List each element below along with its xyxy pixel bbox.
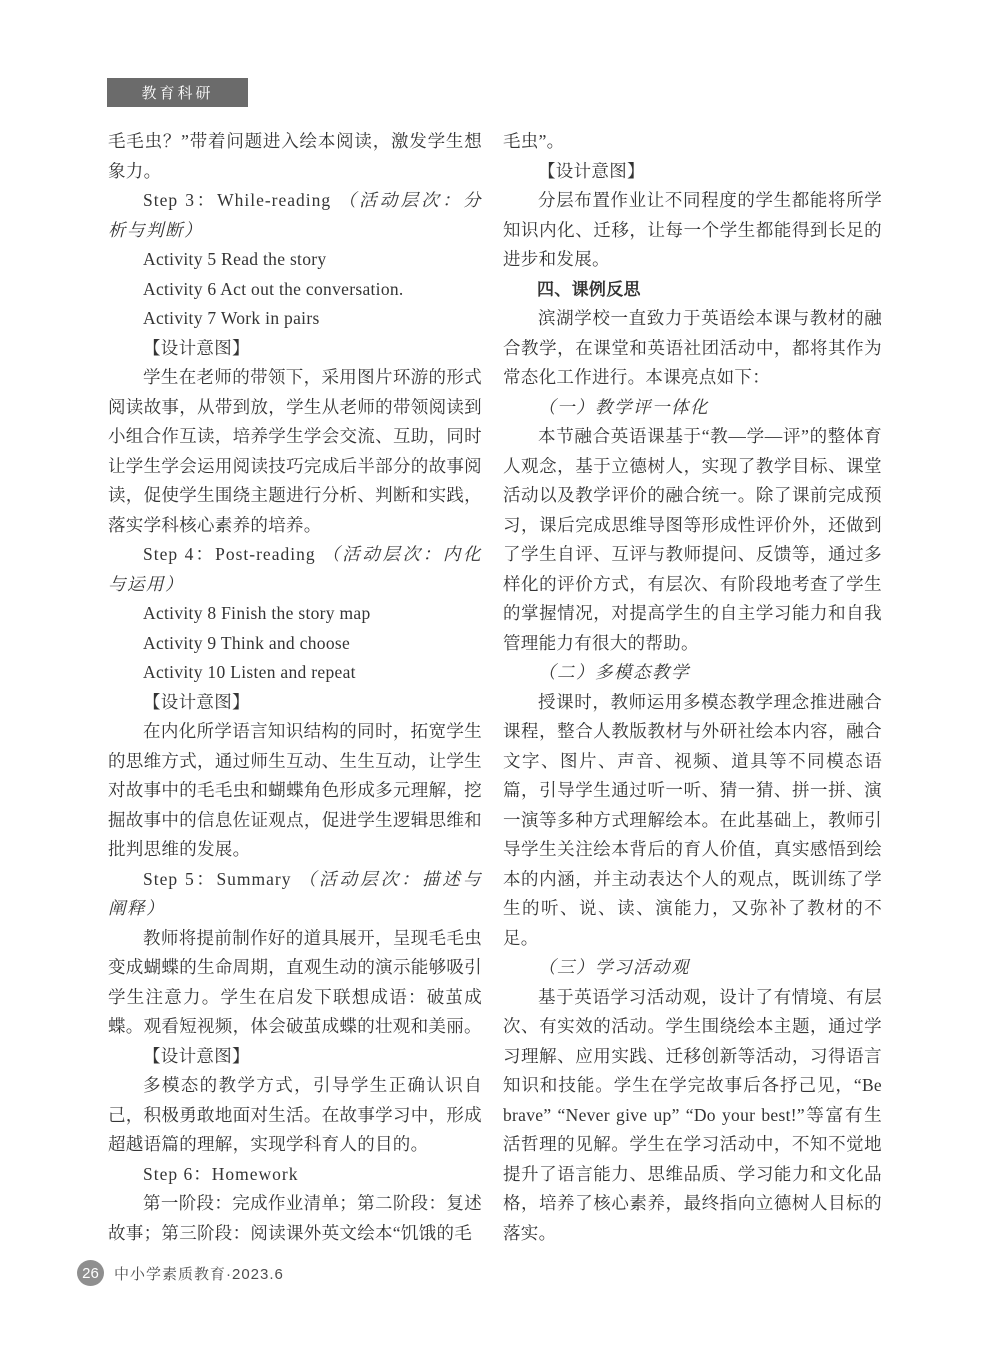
step-label: Step 5：Summary	[143, 869, 298, 889]
step-label: Step 4：Post-reading	[143, 544, 322, 564]
step-line: Step 4：Post-reading （活动层次：内化与运用）	[108, 540, 482, 599]
paragraph: 毛毛虫？”带着问题进入绘本阅读，激发学生想象力。	[108, 127, 482, 186]
step-line: Step 5：Summary （活动层次：描述与阐释）	[108, 865, 482, 924]
section-badge: 教育科研	[107, 78, 248, 107]
paragraph: 在内化所学语言知识结构的同时，拓宽学生的思维方式，通过师生互动、生生互动，让学生…	[108, 717, 482, 865]
activity-line: Activity 7 Work in pairs	[108, 304, 482, 334]
activity-line: Activity 6 Act out the conversation.	[108, 275, 482, 305]
paragraph: 教师将提前制作好的道具展开，呈现毛毛虫变成蝴蝶的生命周期，直观生动的演示能够吸引…	[108, 924, 482, 1042]
paragraph: 第一阶段：完成作业清单；第二阶段：复述故事；第三阶段：阅读课外英文绘本“饥饿的毛	[108, 1189, 482, 1248]
activity-line: Activity 10 Listen and repeat	[108, 658, 482, 688]
paragraph: 基于英语学习活动观，设计了有情境、有层次、有实效的活动。学生围绕绘本主题，通过学…	[503, 983, 882, 1249]
journal-title: 中小学素质教育·2023.6	[114, 1263, 284, 1284]
subsection-heading: （一）教学评一体化	[503, 393, 882, 423]
journal-page: 教育科研 毛毛虫？”带着问题进入绘本阅读，激发学生想象力。Step 3：Whil…	[0, 0, 992, 1346]
design-intent-label: 【设计意图】	[108, 334, 482, 364]
right-column: 毛虫”。【设计意图】分层布置作业让不同程度的学生都能将所学知识内化、迁移，让每一…	[503, 127, 882, 1248]
activity-line: Activity 9 Think and choose	[108, 629, 482, 659]
paragraph: 毛虫”。	[503, 127, 882, 157]
design-intent-label: 【设计意图】	[503, 157, 882, 187]
design-intent-label: 【设计意图】	[108, 688, 482, 718]
step-label: Step 3：While-reading	[143, 190, 338, 210]
paragraph: 滨湖学校一直致力于英语绘本课与教材的融合教学，在课堂和英语社团活动中，都将其作为…	[503, 304, 882, 393]
section-heading: 四、课例反思	[503, 275, 882, 305]
activity-line: Activity 8 Finish the story map	[108, 599, 482, 629]
page-number-badge: 26	[77, 1260, 104, 1286]
paragraph: 多模态的教学方式，引导学生正确认识自己，积极勇敢地面对生活。在故事学习中，形成超…	[108, 1071, 482, 1160]
paragraph: 学生在老师的带领下，采用图片环游的形式阅读故事，从带到放，学生从老师的带领阅读到…	[108, 363, 482, 540]
paragraph: 本节融合英语课基于“教—学—评”的整体育人观念，基于立德树人，实现了教学目标、课…	[503, 422, 882, 658]
subsection-heading: （三）学习活动观	[503, 953, 882, 983]
subsection-heading: （二）多模态教学	[503, 658, 882, 688]
activity-line: Activity 5 Read the story	[108, 245, 482, 275]
step-label: Step 6：Homework	[143, 1164, 298, 1184]
left-column: 毛毛虫？”带着问题进入绘本阅读，激发学生想象力。Step 3：While-rea…	[108, 127, 482, 1248]
design-intent-label: 【设计意图】	[108, 1042, 482, 1072]
step-line: Step 3：While-reading （活动层次：分析与判断）	[108, 186, 482, 245]
step-line: Step 6：Homework	[108, 1160, 482, 1190]
page-footer: 26 中小学素质教育·2023.6	[77, 1260, 284, 1286]
paragraph: 分层布置作业让不同程度的学生都能将所学知识内化、迁移，让每一个学生都能得到长足的…	[503, 186, 882, 275]
paragraph: 授课时，教师运用多模态教学理念推进融合课程，整合人教版教材与外研社绘本内容，融合…	[503, 688, 882, 954]
